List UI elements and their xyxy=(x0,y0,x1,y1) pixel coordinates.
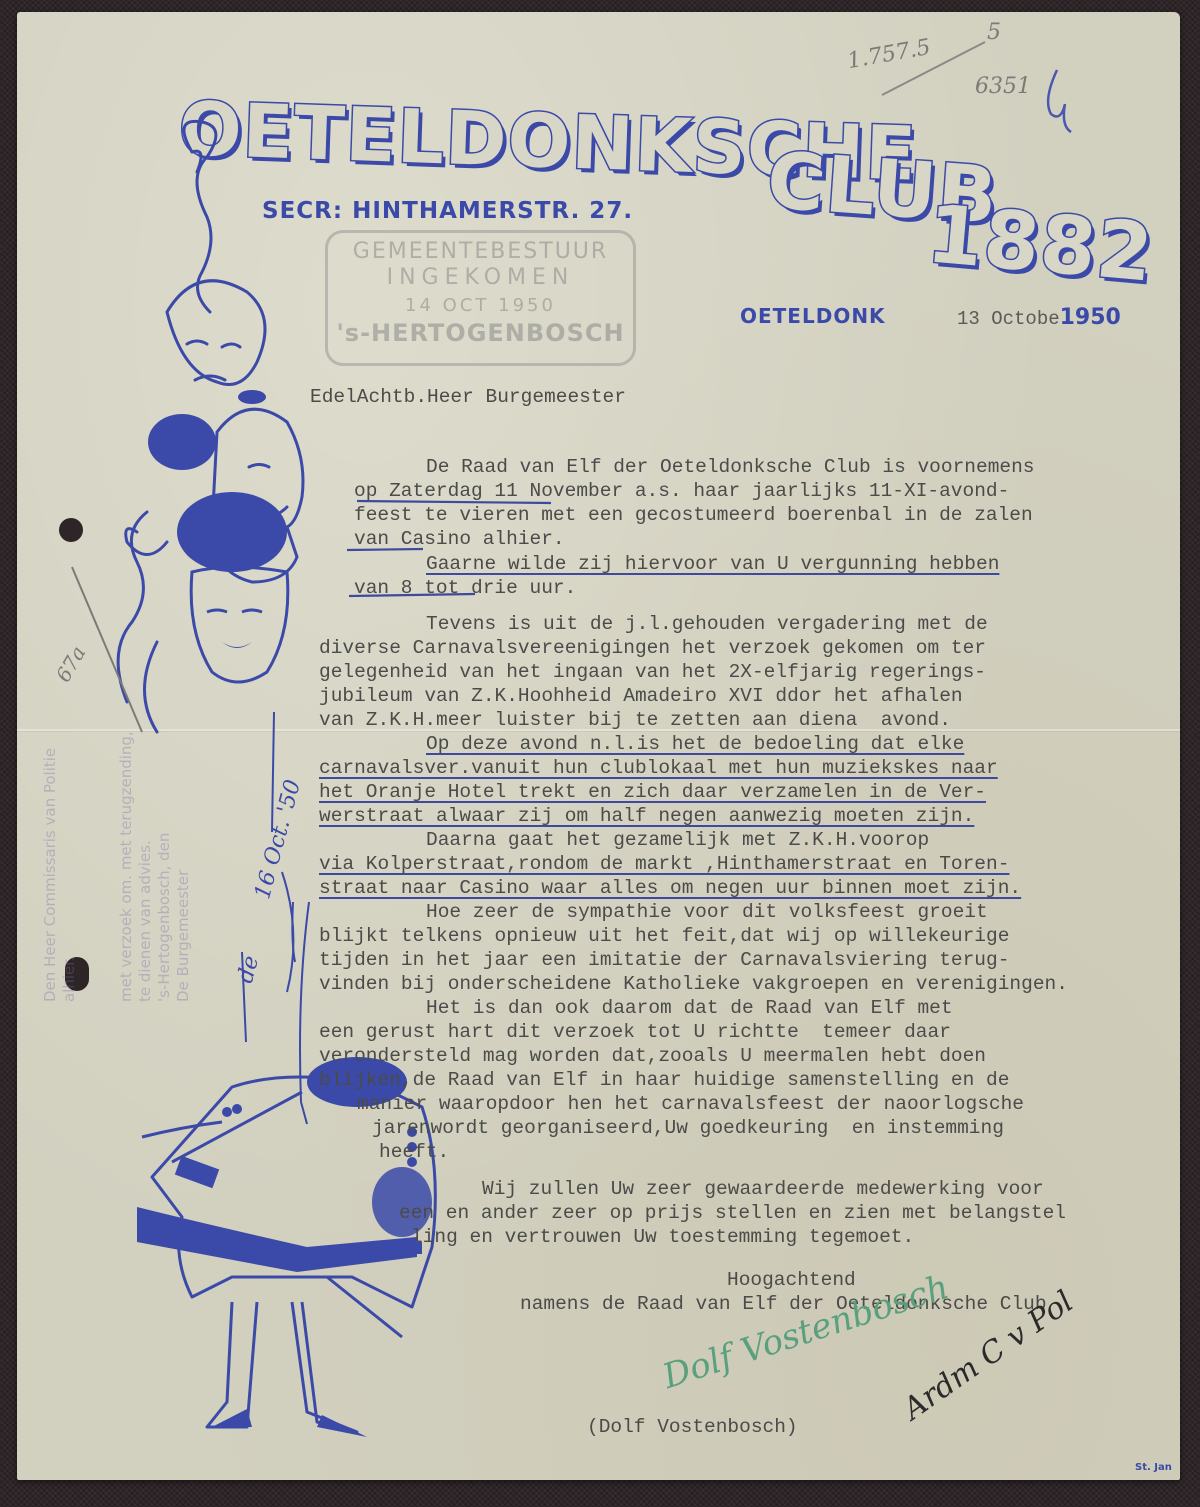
closing-hoogachtend: Hoogachtend xyxy=(727,1268,856,1292)
letter-place: OETELDONK xyxy=(740,304,886,328)
body-line: jubileum van Z.K.Hoohheid Amadeiro XVI d… xyxy=(319,684,963,708)
stamp-line: De Burgemeester xyxy=(174,870,192,1002)
closing-on-behalf: namens de Raad van Elf der Oeteldonksche… xyxy=(520,1292,1047,1316)
stamp-date: 14 OCT 1950 xyxy=(328,297,633,315)
body-line: blijken,de Raad van Elf in haar huidige … xyxy=(319,1068,1009,1092)
body-line-underlined: het Oranje Hotel trekt en zich daar verz… xyxy=(319,780,986,804)
body-line: diverse Carnavalsvereenigingen het verzo… xyxy=(319,636,986,660)
underline-strokes-icon xyxy=(347,472,1147,612)
stamp-line: Den Heer Commissaris van Politie xyxy=(41,748,59,1002)
body-line: tijden in het jaar een imitatie der Carn… xyxy=(319,948,1009,972)
body-line: gelegenheid van het ingaan van het 2X-el… xyxy=(319,660,986,684)
body-line: jarenwordt georganiseerd,Uw goedkeuring … xyxy=(372,1116,1004,1140)
typed-signatory-name: (Dolf Vostenbosch) xyxy=(587,1415,798,1439)
stamp-line: GEMEENTEBESTUUR xyxy=(328,241,633,263)
body-line-underlined: carnavalsver.vanuit hun clublokaal met h… xyxy=(319,756,998,780)
body-line: Hoe zeer de sympathie voor dit volksfees… xyxy=(426,900,988,924)
body-line: Daarna gaat het gezamelijk met Z.K.H.voo… xyxy=(426,828,929,852)
body-line-underlined: straat naar Casino waar alles om negen u… xyxy=(319,876,1021,900)
letter-date: 13 Octobe1950 xyxy=(957,305,1121,330)
body-line: ling en vertrouwen Uw toestemming tegemo… xyxy=(411,1225,914,1249)
body-line: een en ander zeer op prijs stellen en zi… xyxy=(399,1201,1066,1225)
stamp-line: alhier. xyxy=(60,956,78,1002)
stamp-line: met verzoek om. met terugzending, xyxy=(117,731,135,1002)
punch-hole xyxy=(59,518,83,542)
police-referral-stamp: Den Heer Commissaris van Politie alhier.… xyxy=(41,731,193,1002)
date-typed: 13 Octobe xyxy=(957,308,1060,330)
body-line: Het is dan ook daarom dat de Raad van El… xyxy=(426,996,953,1020)
stamp-line: te dienen van advies. xyxy=(136,840,154,1002)
body-line: manier waaropdoor hen het carnavalsfeest… xyxy=(357,1092,1024,1116)
body-line-underlined: via Kolperstraat,rondom de markt ,Hintha… xyxy=(319,852,1009,876)
body-line: blijkt telkens opnieuw uit het feit,dat … xyxy=(319,924,1009,948)
date-year: 1950 xyxy=(1060,305,1121,330)
stamp-line: 's-Hertogenbosch, den xyxy=(155,833,173,1002)
body-line-underlined: Op deze avond n.l.is het de bedoeling da… xyxy=(426,732,964,756)
received-stamp: GEMEENTEBESTUUR INGEKOMEN 14 OCT 1950 's… xyxy=(325,230,636,366)
stamp-line: INGEKOMEN xyxy=(328,267,633,289)
body-line-underlined: werstraat alwaar zij om half negen aanwe… xyxy=(319,804,974,828)
body-line: Wij zullen Uw zeer gewaardeerde medewerk… xyxy=(482,1177,1044,1201)
body-line: heeft. xyxy=(379,1140,449,1164)
pencil-stroke-icon xyxy=(57,562,157,742)
stamp-line: 's-HERTOGENBOSCH xyxy=(328,321,633,345)
margin-ink-lines-icon xyxy=(252,712,332,1062)
body-line: Tevens is uit de j.l.gehouden vergaderin… xyxy=(426,612,988,636)
salutation: EdelAchtb.Heer Burgemeester xyxy=(310,385,626,409)
printer-mark: St. Jan xyxy=(1135,1462,1172,1473)
body-line: een gerust hart dit verzoek tot U richtt… xyxy=(319,1020,951,1044)
body-line: vinden bij onderscheidene Katholieke vak… xyxy=(319,972,1068,996)
body-line: van Z.K.H.meer luister bij te zetten aan… xyxy=(319,708,951,732)
letter-page: OETELDONKSCHE CLUB 1882 SECR: HINTHAMERS… xyxy=(17,12,1180,1480)
body-line: verondersteld mag worden dat,zooals U me… xyxy=(319,1044,986,1068)
